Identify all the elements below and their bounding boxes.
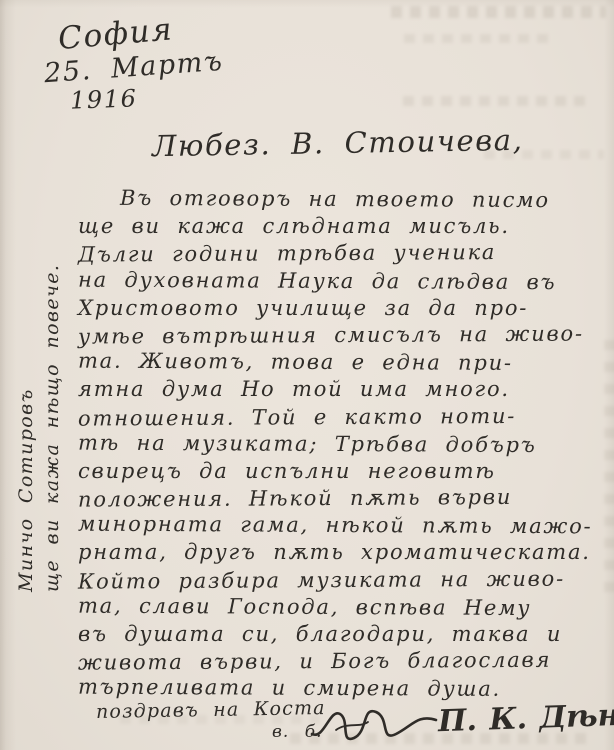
- body-line: рната, другъ пѫть хроматическата.: [78, 539, 606, 566]
- bleedthrough-text: [403, 96, 588, 106]
- body-line: Христовото училище за да про-: [78, 295, 606, 322]
- bleedthrough-text: [391, 6, 606, 18]
- body-line: умѣе вътрѣшния смисълъ на живо-: [78, 320, 606, 350]
- body-line: Дълги години трѣбва ученика: [78, 239, 606, 269]
- margin-note-line: Минчо Сотировъ: [14, 192, 39, 592]
- body-line: живота върви, и Богъ благославя: [78, 647, 606, 677]
- body-line: въ душата си, благодари, таква и: [78, 621, 606, 648]
- salutation: Любез. В. Стоичева,: [152, 123, 524, 163]
- margin-note: Минчо Сотировъ ще ви кажа нѣщо повече.: [14, 192, 65, 592]
- body-line: та. Животъ, това е една при-: [78, 348, 606, 378]
- margin-note-line: ще ви кажа нѣщо повече.: [40, 192, 65, 592]
- body-line: отношения. Той е както ноти-: [78, 402, 606, 432]
- body-line: Въ отговоръ на твоето писмо: [78, 185, 606, 215]
- body-line: на духовната Наука да слѣдва въ: [78, 266, 606, 296]
- signature-flourish: [310, 700, 440, 750]
- letter-body: Въ отговоръ на твоето писмо ще ви кажа с…: [78, 186, 606, 703]
- body-line: Който разбира музиката на живо-: [78, 565, 606, 595]
- body-line: та, слави Господа, вспѣва Нему: [78, 592, 606, 622]
- bleedthrough-text: [404, 34, 554, 43]
- body-line: тѣ на музиката; Трѣбва добъръ: [78, 429, 606, 459]
- body-line: ще ви кажа слѣдната мисъль.: [78, 213, 606, 240]
- letter-scan-page: София 25. Мартъ 1916 Любез. В. Стоичева,…: [0, 0, 614, 750]
- closing-greeting: поздравъ на Коста: [96, 697, 326, 723]
- body-line: положения. Нѣкой пѫть върви: [78, 483, 606, 513]
- body-line: свирецъ да испълни неговитѣ: [78, 458, 606, 485]
- letter-header: София 25. Мартъ 1916: [44, 14, 224, 112]
- year-line: 1916: [70, 81, 224, 114]
- body-line: ятна дума Но той има много.: [78, 376, 606, 403]
- body-line: минорната гама, нѣкой пѫть мажо-: [78, 511, 606, 541]
